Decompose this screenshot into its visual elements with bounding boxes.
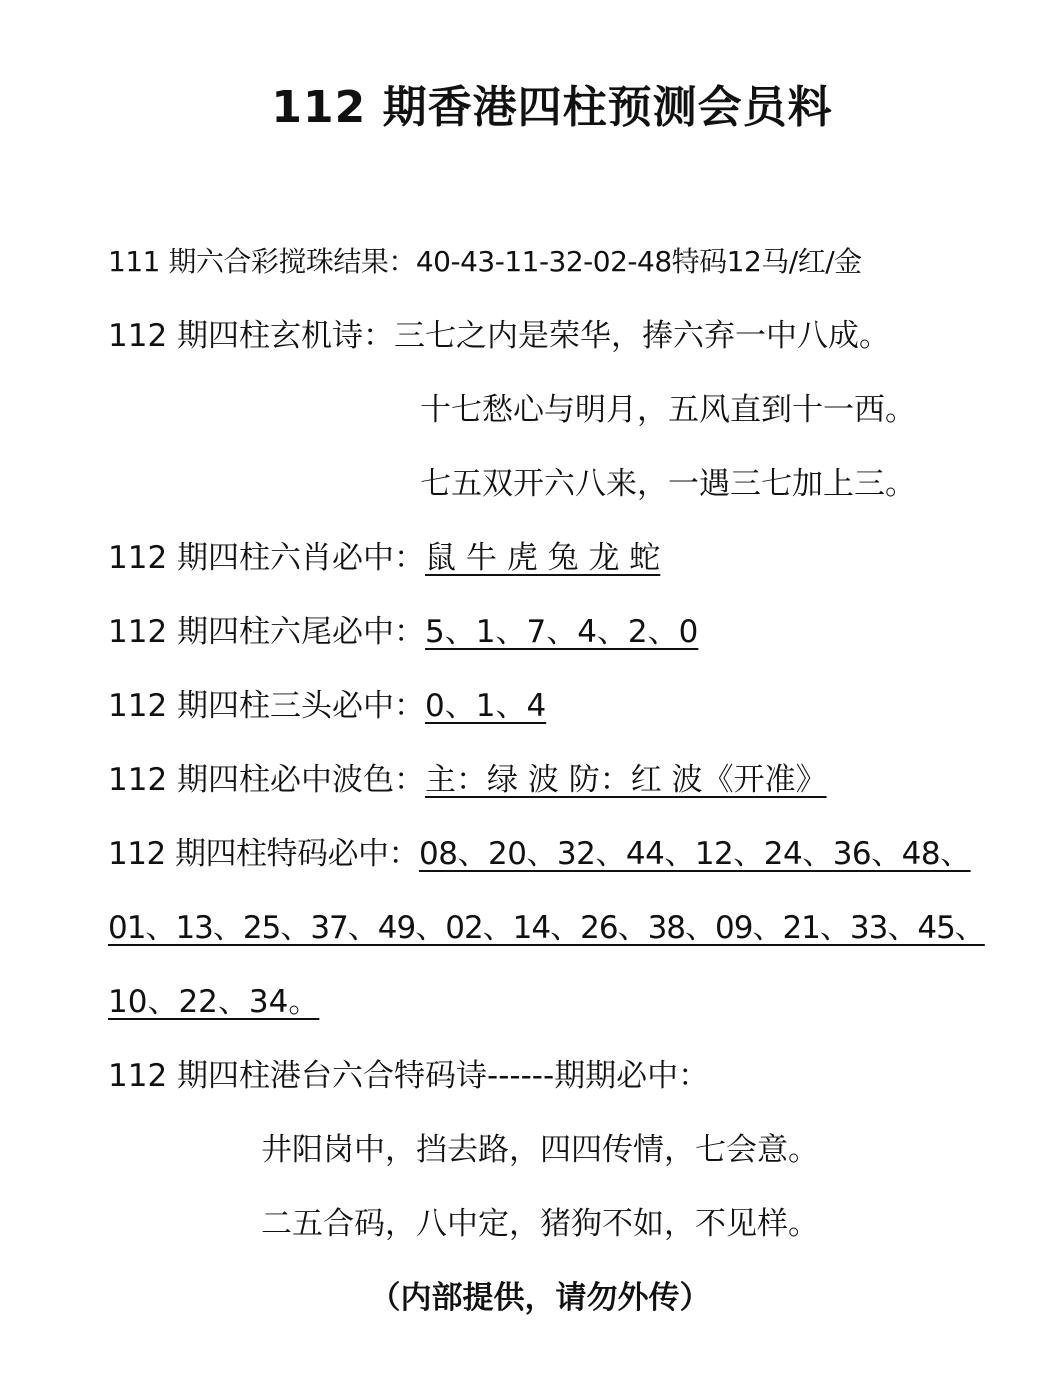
previous-result-label: 111 期六合彩搅珠结果： (108, 245, 416, 278)
poem-label: 112 期四柱玄机诗： (108, 318, 394, 354)
six-zodiac-row: 112 期四柱六肖必中：鼠 牛 虎 兔 龙 蛇 (108, 536, 660, 580)
poem-line-1: 112 期四柱玄机诗：三七之内是荣华，捧六弃一中八成。 (108, 314, 890, 358)
poem-line-2: 十七愁心与明月，五风直到十一西。 (420, 388, 916, 432)
wave-color-value: 主：绿 波 防：红 波《开准》 (425, 762, 827, 798)
special-numbers-row-1: 112 期四柱特码必中：08、20、32、44、12、24、36、48、 (108, 832, 971, 876)
previous-result: 111 期六合彩搅珠结果：40-43-11-32-02-48特码12马/红/金 (108, 240, 862, 284)
wave-color-label: 112 期四柱必中波色： (108, 762, 425, 798)
three-heads-label: 112 期四柱三头必中： (108, 688, 425, 724)
hk-tw-poem-line-2: 二五合码，八中定，猪狗不如，不见样。 (0, 1202, 1064, 1246)
three-heads-row: 112 期四柱三头必中：0、1、4 (108, 684, 546, 728)
six-zodiac-label: 112 期四柱六肖必中： (108, 540, 425, 576)
six-zodiac-value: 鼠 牛 虎 兔 龙 蛇 (425, 540, 660, 576)
special-numbers-label: 112 期四柱特码必中： (108, 836, 419, 872)
poem-line-3: 七五双开六八来，一遇三七加上三。 (420, 462, 916, 506)
page-title: 112 期香港四柱预测会员料 (0, 78, 1064, 138)
hk-tw-poem-line-1: 井阳岗中，挡去路，四四传情，七会意。 (0, 1128, 1064, 1172)
poem-text-1: 三七之内是荣华，捧六弃一中八成。 (394, 318, 890, 354)
special-numbers-row-3: 10、22、34。 (108, 980, 319, 1024)
six-tails-label: 112 期四柱六尾必中： (108, 614, 425, 650)
footer-note: （内部提供，请勿外传） (0, 1276, 1064, 1320)
three-heads-value: 0、1、4 (425, 688, 546, 724)
special-numbers-value-3: 10、22、34。 (108, 984, 319, 1020)
previous-result-value: 40-43-11-32-02-48特码12马/红/金 (416, 245, 862, 278)
hk-tw-poem-heading: 112 期四柱港台六合特码诗------期期必中： (108, 1054, 709, 1098)
six-tails-row: 112 期四柱六尾必中：5、1、7、4、2、0 (108, 610, 698, 654)
wave-color-row: 112 期四柱必中波色：主：绿 波 防：红 波《开准》 (108, 758, 827, 802)
six-tails-value: 5、1、7、4、2、0 (425, 614, 698, 650)
special-numbers-value-1: 08、20、32、44、12、24、36、48、 (419, 836, 971, 872)
special-numbers-value-2: 01、13、25、37、49、02、14、26、38、09、21、33、45、 (108, 910, 985, 946)
special-numbers-row-2: 01、13、25、37、49、02、14、26、38、09、21、33、45、 (108, 906, 985, 950)
